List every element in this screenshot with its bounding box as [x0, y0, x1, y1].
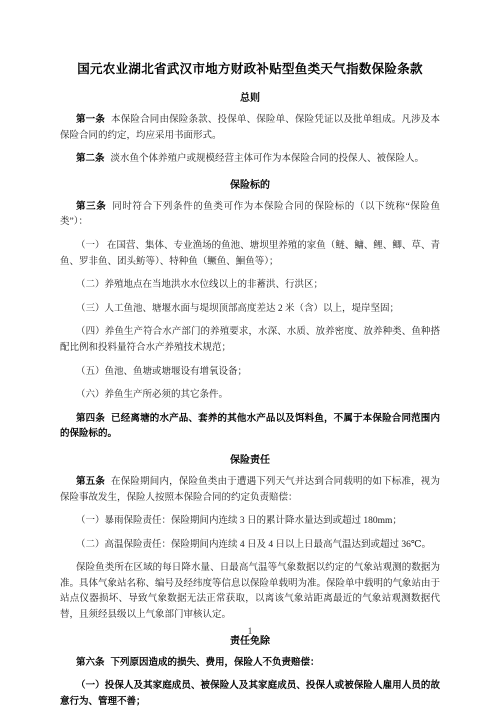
article-6-text: 下列原因造成的损失、费用，保险人不负责赔偿：: [111, 658, 320, 668]
article-4-label: 第四条: [76, 414, 105, 424]
section-heading-exclusions: 责任免除: [60, 636, 440, 648]
article-6-label: 第六条: [76, 658, 105, 668]
article-1: 第一条本保险合同由保险条款、投保单、保险单、保险凭证以及批单组成。凡涉及本保险合…: [60, 113, 440, 144]
document-page: 国元农业湖北省武汉市地方财政补贴型鱼类天气指数保险条款 总则 第一条本保险合同由…: [0, 0, 500, 707]
section-heading-general-provisions: 总则: [60, 93, 440, 105]
article-3-item-6: （六）养鱼生产所必须的其它条件。: [60, 388, 440, 404]
document-title: 国元农业湖北省武汉市地方财政补贴型鱼类天气指数保险条款: [60, 62, 440, 77]
article-5-label: 第五条: [76, 477, 105, 487]
section-heading-insured-subject: 保险标的: [60, 180, 440, 192]
article-6-item-1: （一）投保人及其家庭成员、被保险人及其家庭成员、投保人或被保险人雇用人员的故意行…: [60, 679, 440, 707]
article-3-text: 同时符合下列条件的鱼类可作为本保险合同的保险标的（以下统称“保险鱼类”）：: [60, 202, 440, 228]
article-5: 第五条在保险期间内，保险鱼类由于遭遇下列天气并达到合同载明的如下标准，视为保险事…: [60, 475, 440, 506]
section-heading-insurance-liability: 保险责任: [60, 455, 440, 467]
article-3-item-4: （四）养鱼生产符合水产部门的养殖要求，水深、水质、放养密度、放养种类、鱼种搭配比…: [60, 325, 440, 356]
article-1-label: 第一条: [76, 115, 105, 125]
article-5-weather-data-note: 保险鱼类所在区域的每日降水量、日最高气温等气象数据以约定的气象站观测的数据为准。…: [60, 561, 440, 623]
article-2-label: 第二条: [76, 154, 105, 164]
article-6: 第六条下列原因造成的损失、费用，保险人不负责赔偿：: [60, 656, 440, 672]
article-3-item-1: （一） 在国营、集体、专业渔场的鱼池、塘坝里养殖的家鱼（鲢、鳙、鲤、鲫、草、青鱼…: [60, 239, 440, 270]
article-4-text: 已经离塘的水产品、套养的其他水产品以及饵料鱼，不属于本保险合同范围内的保险标的。: [60, 414, 440, 440]
article-4: 第四条已经离塘的水产品、套养的其他水产品以及饵料鱼，不属于本保险合同范围内的保险…: [60, 412, 440, 443]
article-3-label: 第三条: [76, 202, 106, 212]
article-3-item-5: （五）鱼池、鱼塘或塘堰设有增氧设备；: [60, 365, 440, 381]
article-5-item-1: （一）暴雨保险责任：保险期间内连续 3 日的累计降水量达到或超过 180mm；: [60, 514, 440, 530]
page-number: 1: [0, 626, 500, 636]
article-1-text: 本保险合同由保险条款、投保单、保险单、保险凭证以及批单组成。凡涉及本保险合同的约…: [60, 115, 440, 141]
article-5-item-2: （二）高温保险责任：保险期间内连续 4 日及 4 日以上日最高气温达到或超过 3…: [60, 538, 440, 554]
article-2: 第二条淡水鱼个体养殖户或规模经营主体可作为本保险合同的投保人、被保险人。: [60, 152, 440, 168]
article-2-text: 淡水鱼个体养殖户或规模经营主体可作为本保险合同的投保人、被保险人。: [111, 154, 425, 164]
article-3-item-3: （三）人工鱼池、塘堰水面与堤坝顶部高度差达 2 米（含）以上，堤岸坚固；: [60, 302, 440, 318]
article-3: 第三条同时符合下列条件的鱼类可作为本保险合同的保险标的（以下统称“保险鱼类”）：: [60, 200, 440, 231]
article-5-text: 在保险期间内，保险鱼类由于遭遇下列天气并达到合同载明的如下标准，视为保险事故发生…: [60, 477, 440, 503]
article-3-item-2: （二）养殖地点在当地洪水水位线以上的非蓄洪、行洪区；: [60, 278, 440, 294]
